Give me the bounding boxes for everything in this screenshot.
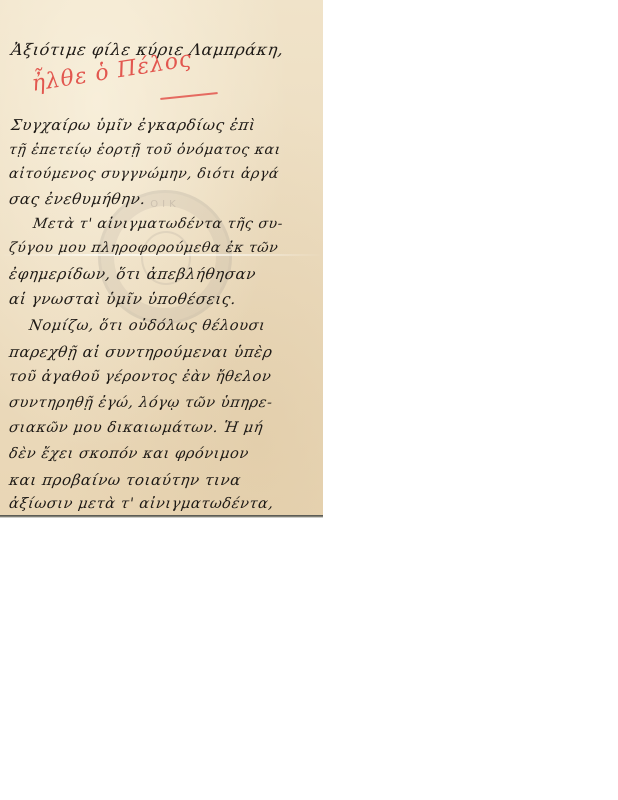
letter-line: ἐφημερίδων, ὅτι ἀπεβλήθησαν [8,265,257,283]
letter-line: συντηρηθῇ ἐγώ, λόγῳ τῶν ὑπηρε- [8,395,274,411]
letter-page: ΟΙΚ Ἀξιότιμε φίλε κύριε Λαμπράκη, ἦλθε ὁ… [0,0,323,515]
letter-line: δὲν ἔχει σκοπόν και φρόνιμον [8,446,250,462]
paper-edge-shadow [0,515,323,518]
letter-line: σιακῶν μου δικαιωμάτων. Ἡ μή [8,420,264,436]
letter-line: ἀξίωσιν μετὰ τ' αἰνιγματωδέντα, [8,496,275,512]
letter-line: παρεχθῇ αἱ συντηρούμεναι ὑπὲρ [8,343,274,361]
letter-line: ζύγου μου πληροφορούμεθα ἐκ τῶν [8,240,279,256]
letter-line: και προβαίνω τοιαύτην τινα [8,471,242,489]
letter-line: τῇ ἐπετείῳ ἑορτῇ τοῦ ὀνόματος και [8,142,282,158]
letter-line: αἰτούμενος συγγνώμην, διότι ἀργά [8,166,280,182]
letter-line: σας ἐνεθυμήθην. [8,190,147,208]
letter-line: Μετὰ τ' αἰνιγματωδέντα τῆς συ- [32,216,284,232]
letter-line: τοῦ ἀγαθοῦ γέροντος ἐὰν ἤθελον [8,369,272,385]
letter-line: Νομίζω, ὅτι οὐδόλως θέλουσι [28,318,266,334]
letter-line: αἱ γνωσταὶ ὑμῖν ὑποθέσεις. [8,290,238,308]
red-annotation-underline [160,92,218,100]
letter-line: Συγχαίρω ὑμῖν ἐγκαρδίως ἐπὶ [10,116,257,134]
